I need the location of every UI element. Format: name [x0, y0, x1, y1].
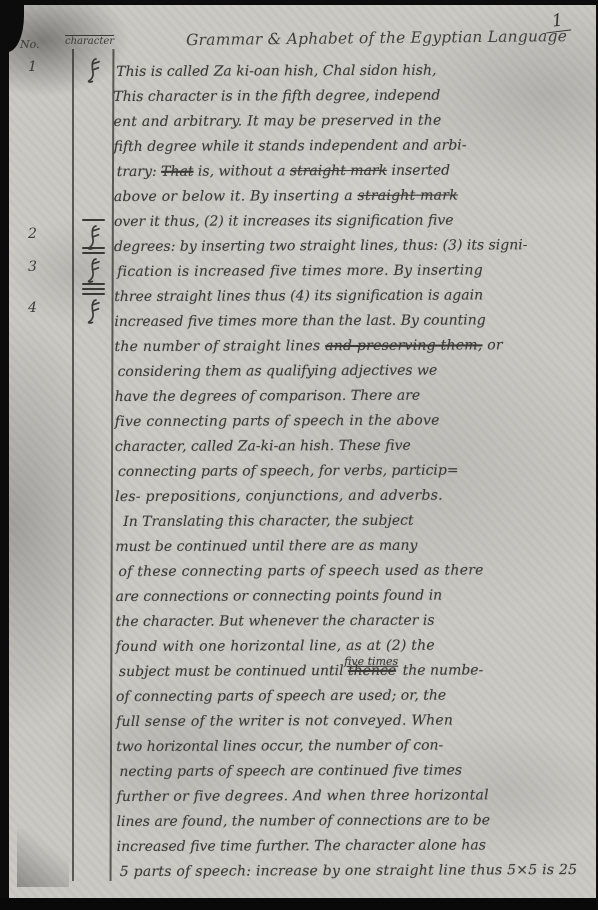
row-number: 1 [28, 59, 37, 75]
margin-rows: 1 2 3 4 [8, 5, 111, 899]
handwritten-text: are connections or connecting points fou… [116, 588, 443, 605]
manuscript-line: the character. But whenever the characte… [116, 608, 591, 635]
handwritten-text: over it thus, (2) it increases its signi… [114, 213, 454, 230]
manuscript-line: fifth degree while it stands independent… [114, 133, 589, 160]
handwritten-text: ent and arbitrary. It may be preserved i… [113, 113, 441, 130]
underlined-text: straight mark [290, 163, 387, 179]
manuscript-line: have the degrees of comparison. There ar… [115, 383, 590, 410]
manuscript-line: In Translating this character, the subje… [115, 508, 590, 535]
body-lines: This is called Za ki-oan hish, Chal sido… [113, 58, 592, 880]
handwritten-text: three straight lines thus (4) its signif… [114, 287, 483, 305]
manuscript-line: increased five time further. The charact… [117, 833, 592, 860]
manuscript-line: of these connecting parts of speech used… [115, 558, 590, 585]
straight-line-mark [82, 247, 105, 249]
row-number: 3 [28, 259, 37, 275]
handwritten-text: of these connecting parts of speech used… [118, 562, 483, 580]
handwritten-text: necting parts of speech are continued fi… [119, 763, 462, 780]
struck-out-text: and preserving them, [325, 337, 482, 354]
handwritten-text: increased five times more than the last.… [114, 312, 485, 330]
manuscript-line: trary: That is, without a straight mark … [114, 158, 589, 185]
character-cell [80, 281, 106, 324]
manuscript-line: the number of straight lines and preserv… [114, 333, 589, 360]
page-corner-shadow [17, 829, 69, 887]
manuscript-line: subject must be continued until thencefi… [116, 658, 591, 685]
page-title: Grammar & Aphabet of the Egyptian Langua… [186, 27, 590, 49]
handwritten-text: full sense of the writer is not conveyed… [116, 713, 453, 730]
handwritten-text: increased five time further. The charact… [117, 837, 486, 855]
manuscript-line: must be continued until there are as man… [115, 533, 590, 560]
handwritten-text: lines are found, the number of connectio… [117, 812, 491, 830]
scan-edge-bottom [0, 898, 598, 910]
straight-line-mark [82, 288, 105, 290]
manuscript-line: degrees: by inserting two straight lines… [114, 233, 589, 260]
handwritten-text: This character is in the fifth degree, i… [113, 88, 440, 105]
handwritten-text: fifth degree while it stands independent… [114, 137, 467, 155]
handwritten-text: the number of straight lines [114, 338, 325, 355]
manuscript-line: connecting parts of speech, for verbs, p… [115, 458, 590, 485]
handwritten-text: inserted [387, 163, 450, 179]
manuscript-line: over it thus, (2) it increases its signi… [114, 208, 589, 235]
row-number: 2 [28, 226, 37, 242]
handwritten-text: have the degrees of comparison. There ar… [115, 388, 421, 405]
manuscript-line: lines are found, the number of connectio… [116, 808, 591, 835]
manuscript-line: fication is increased five times more. B… [114, 258, 589, 285]
straight-line-mark [82, 252, 105, 254]
manuscript-page: 1 Grammar & Aphabet of the Egyptian Lang… [8, 5, 596, 899]
manuscript-line: necting parts of speech are continued fi… [116, 758, 591, 785]
handwritten-text: the numbe- [398, 662, 483, 678]
row-number: 4 [28, 300, 37, 316]
handwritten-text: is, without a [193, 163, 290, 179]
manuscript-line: of connecting parts of speech are used; … [116, 683, 591, 710]
handwritten-text: connecting parts of speech, for verbs, p… [118, 463, 459, 480]
manuscript-line: character, called Za-ki-an hish. These f… [115, 433, 590, 460]
manuscript-line: further or five degrees. And when three … [116, 783, 591, 810]
manuscript-line: full sense of the writer is not conveyed… [116, 708, 591, 735]
handwritten-text: les- prepositions, conjunctions, and adv… [115, 488, 443, 505]
handwritten-text: five connecting parts of speech in the a… [115, 413, 440, 430]
underlined-text: straight mark [357, 188, 458, 204]
handwritten-text: subject must be continued until [119, 663, 348, 680]
manuscript-line: considering them as qualifying adjective… [115, 358, 590, 385]
manuscript-line: This character is in the fifth degree, i… [113, 83, 588, 110]
character-cell [80, 245, 106, 283]
scan-edge-left [0, 0, 9, 910]
manuscript-line: five connecting parts of speech in the a… [115, 408, 590, 435]
handwritten-text: In Translating this character, the subje… [123, 513, 413, 530]
straight-line-mark [82, 219, 105, 221]
handwritten-text: fication is increased five times more. B… [117, 262, 483, 280]
manuscript-line: 5 parts of speech: increase by one strai… [117, 858, 592, 885]
straight-line-mark [82, 283, 105, 285]
manuscript-line: This is called Za ki-oan hish, Chal sido… [113, 58, 588, 85]
handwritten-text: must be continued until there are as man… [115, 538, 417, 555]
handwritten-text: or [482, 337, 502, 353]
handwritten-text: trary: [117, 164, 162, 180]
scanned-manuscript: 1 Grammar & Aphabet of the Egyptian Lang… [0, 0, 598, 910]
handwritten-text: of connecting parts of speech are used; … [116, 688, 446, 705]
handwritten-text: above or below it. By inserting a [114, 188, 358, 205]
handwritten-text: This is called Za ki-oan hish, Chal sido… [116, 63, 436, 80]
character-glyph-icon [84, 256, 102, 283]
manuscript-line: three straight lines thus (4) its signif… [114, 283, 589, 310]
inserted-above-text: five times [344, 649, 398, 674]
straight-line-mark [82, 293, 105, 295]
handwritten-text: degrees: by inserting two straight lines… [114, 237, 528, 255]
handwritten-text: further or five degrees. And when three … [116, 787, 489, 805]
handwritten-text: the character. But whenever the characte… [116, 613, 435, 630]
struck-out-text: That [161, 164, 193, 180]
manuscript-line: above or below it. By inserting a straig… [114, 183, 589, 210]
handwritten-text: 5 parts of speech: increase by one strai… [120, 862, 578, 880]
manuscript-line: ent and arbitrary. It may be preserved i… [113, 108, 588, 135]
manuscript-line: two horizontal lines occur, the number o… [116, 733, 591, 760]
manuscript-line: increased five times more than the last.… [114, 308, 589, 335]
scan-edge-top [0, 0, 598, 5]
handwritten-text: considering them as qualifying adjective… [118, 363, 438, 380]
character-glyph-icon [84, 56, 102, 83]
manuscript-line: are connections or connecting points fou… [116, 583, 591, 610]
character-cell [80, 55, 106, 83]
manuscript-line: les- prepositions, conjunctions, and adv… [115, 483, 590, 510]
character-glyph-icon [84, 297, 102, 324]
handwritten-text: character, called Za-ki-an hish. These f… [115, 438, 411, 455]
handwritten-text: two horizontal lines occur, the number o… [116, 738, 443, 755]
